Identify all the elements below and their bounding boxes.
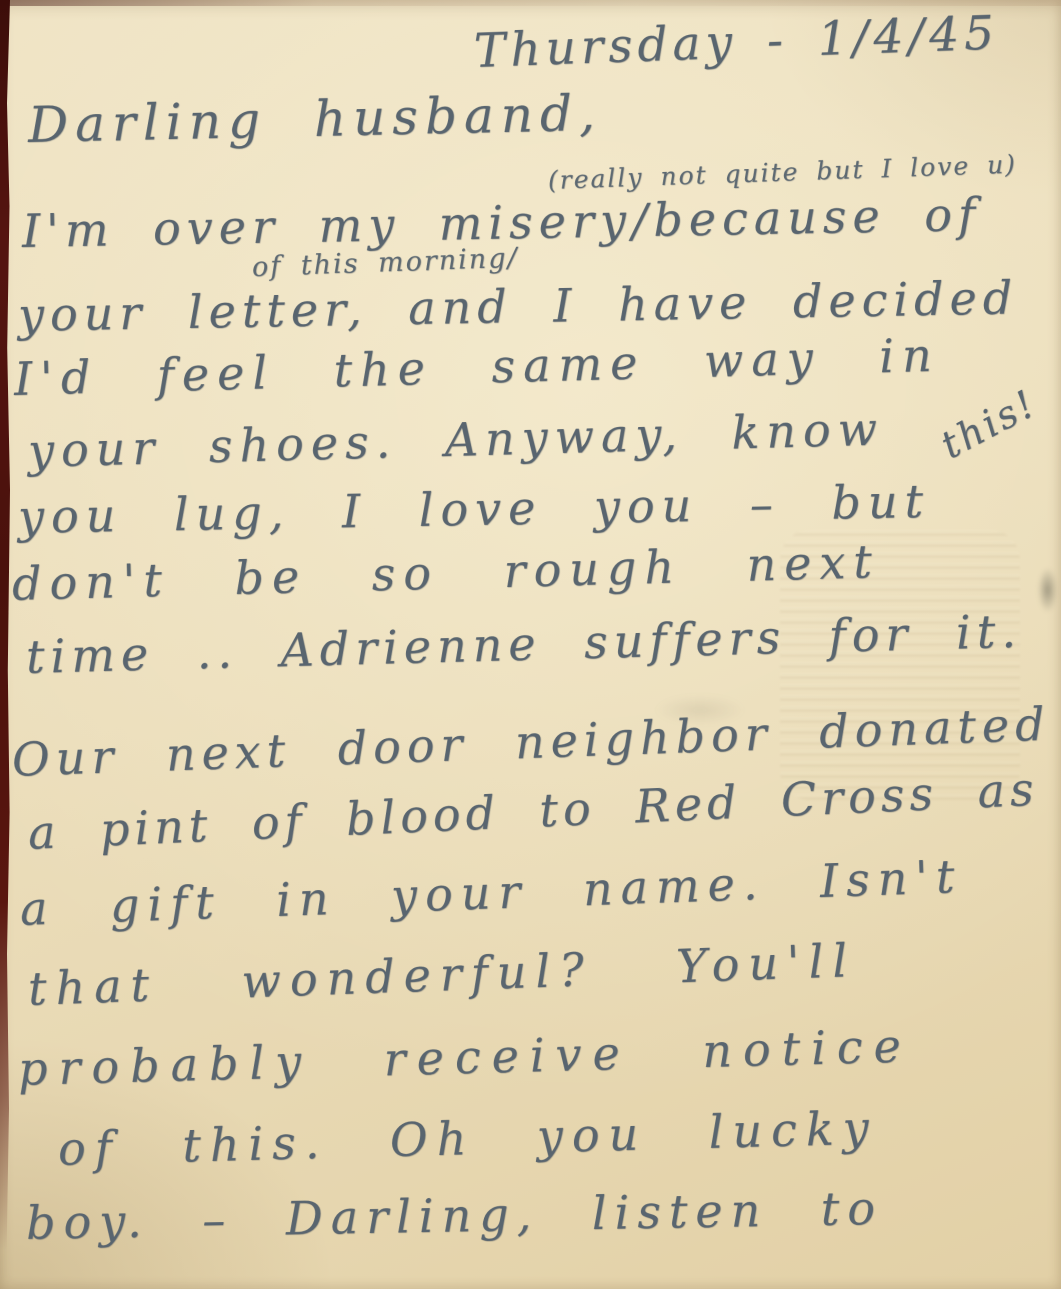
letter-line: that wonderful? You'll [27, 933, 857, 1016]
letter-line: boy. – Darling, listen to [26, 1181, 884, 1250]
paper-smudge [1032, 560, 1058, 620]
letter-line: of this. Oh you lucky [57, 1101, 878, 1176]
date-line: Thursday - 1/4/45 [473, 6, 1000, 79]
raised-word: this! [934, 381, 1044, 468]
scan-edge-shadow [0, 0, 1061, 6]
letter-line: probably receive notice [17, 1019, 912, 1096]
letter-line: don't be so rough next [11, 534, 880, 611]
letter-line: a gift in your name. Isn't [19, 849, 963, 936]
binding-edge [0, 0, 10, 1289]
salutation-line: Darling husband, [27, 84, 602, 154]
letter-page: Thursday - 1/4/45 Darling husband, (real… [0, 0, 1061, 1289]
letter-line: your shoes. Anyway, know [27, 402, 884, 478]
